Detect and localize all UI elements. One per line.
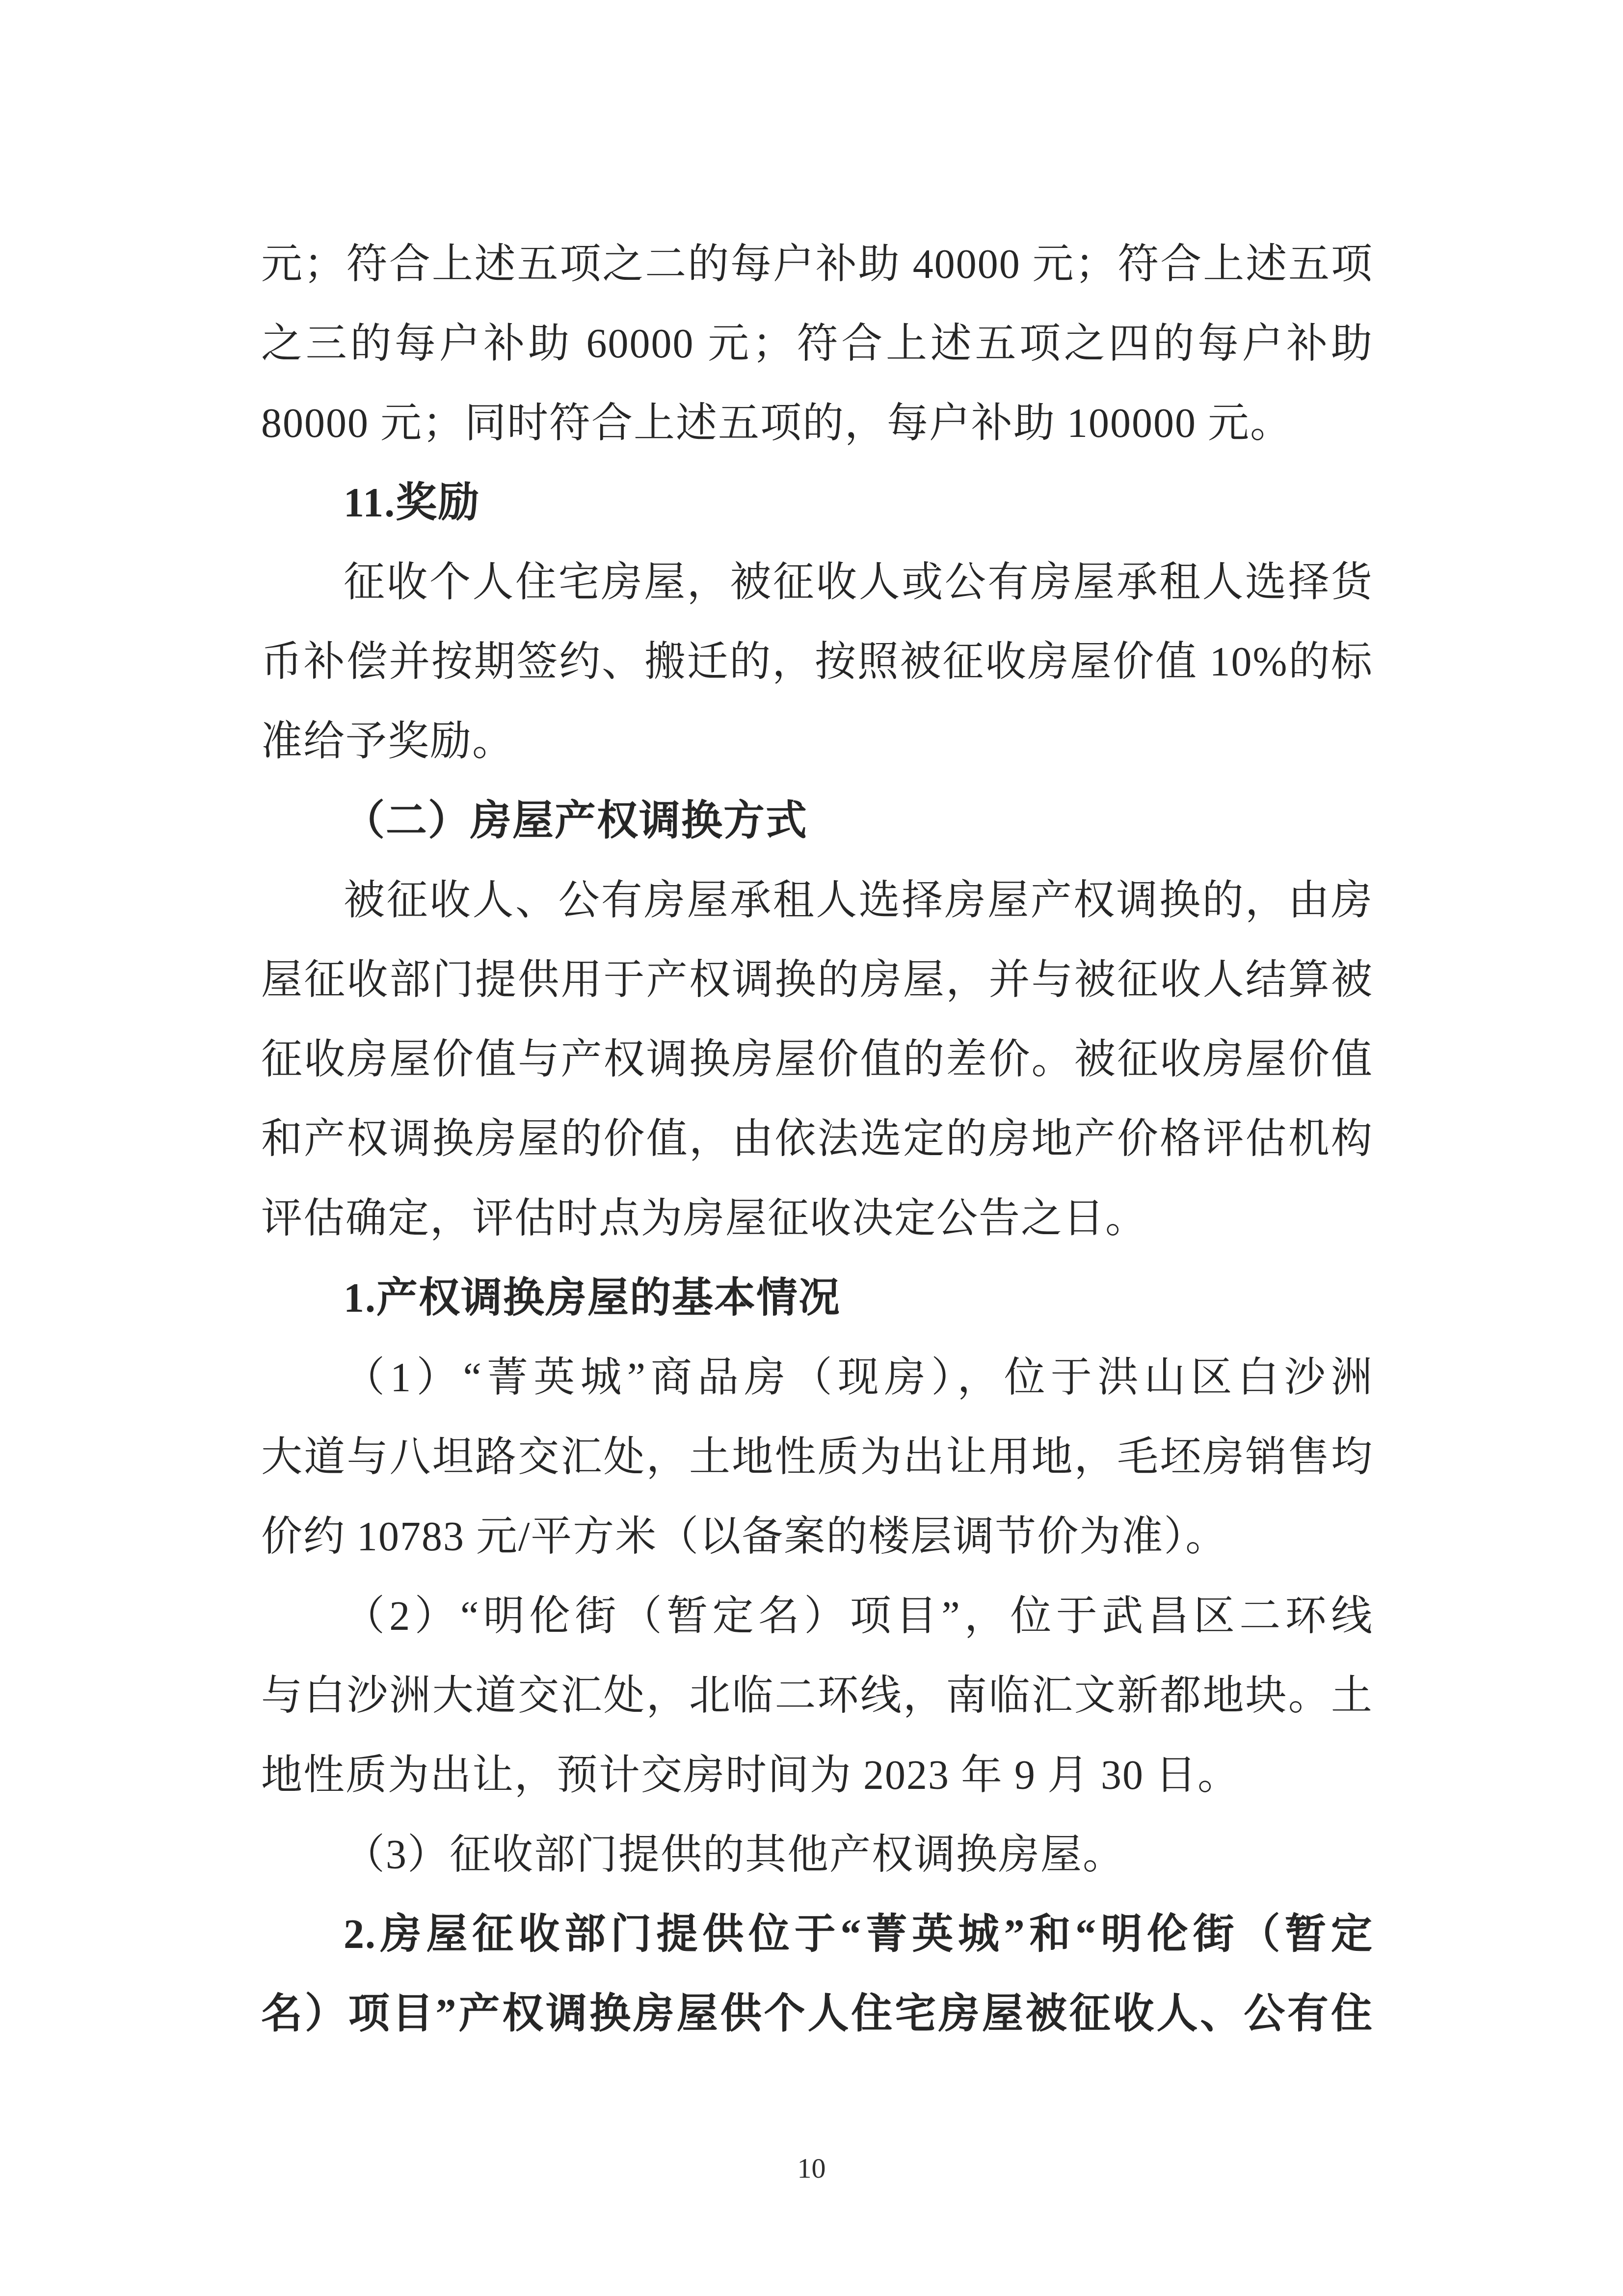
document-heading: （二）房屋产权调换方式	[261, 782, 1373, 861]
document-line: （3）征收部门提供的其他产权调换房屋。	[261, 1815, 1373, 1895]
document-line: （1）“菁英城”商品房（现房），位于洪山区白沙洲	[261, 1338, 1373, 1418]
document-line: 评估确定，评估时点为房屋征收决定公告之日。	[261, 1179, 1373, 1259]
document-line: 征收个人住宅房屋，被征收人或公有房屋承租人选择货	[261, 543, 1373, 622]
document-line: 元；符合上述五项之二的每户补助 40000 元；符合上述五项	[261, 225, 1373, 304]
document-line: 价约 10783 元/平方米（以备案的楼层调节价为准）。	[261, 1497, 1373, 1577]
document-heading: 11.奖励	[261, 463, 1373, 543]
document-line: （2）“明伦街（暂定名）项目”，位于武昌区二环线	[261, 1577, 1373, 1656]
document-line: 被征收人、公有房屋承租人选择房屋产权调换的，由房	[261, 861, 1373, 941]
document-line: 大道与八坦路交汇处，土地性质为出让用地，毛坯房销售均	[261, 1418, 1373, 1497]
document-heading: 1.产权调换房屋的基本情况	[261, 1259, 1373, 1338]
document-line: 地性质为出让，预计交房时间为 2023 年 9 月 30 日。	[261, 1736, 1373, 1815]
document-line: 与白沙洲大道交汇处，北临二环线，南临汇文新都地块。土	[261, 1656, 1373, 1736]
document-body: 元；符合上述五项之二的每户补助 40000 元；符合上述五项 之三的每户补助 6…	[261, 225, 1373, 2054]
document-heading: 2.房屋征收部门提供位于“菁英城”和“明伦街（暂定	[261, 1895, 1373, 1974]
document-line: 屋征收部门提供用于产权调换的房屋，并与被征收人结算被	[261, 941, 1373, 1020]
document-line: 币补偿并按期签约、搬迁的，按照被征收房屋价值 10%的标	[261, 622, 1373, 702]
document-line: 之三的每户补助 60000 元；符合上述五项之四的每户补助	[261, 304, 1373, 384]
document-line: 征收房屋价值与产权调换房屋价值的差价。被征收房屋价值	[261, 1020, 1373, 1100]
document-page: 元；符合上述五项之二的每户补助 40000 元；符合上述五项 之三的每户补助 6…	[0, 0, 1623, 2296]
document-line: 和产权调换房屋的价值，由依法选定的房地产价格评估机构	[261, 1100, 1373, 1179]
document-line: 准给予奖励。	[261, 702, 1373, 782]
document-heading: 名）项目”产权调换房屋供个人住宅房屋被征收人、公有住	[261, 1974, 1373, 2054]
document-line: 80000 元；同时符合上述五项的，每户补助 100000 元。	[261, 384, 1373, 463]
page-number: 10	[0, 2146, 1623, 2190]
